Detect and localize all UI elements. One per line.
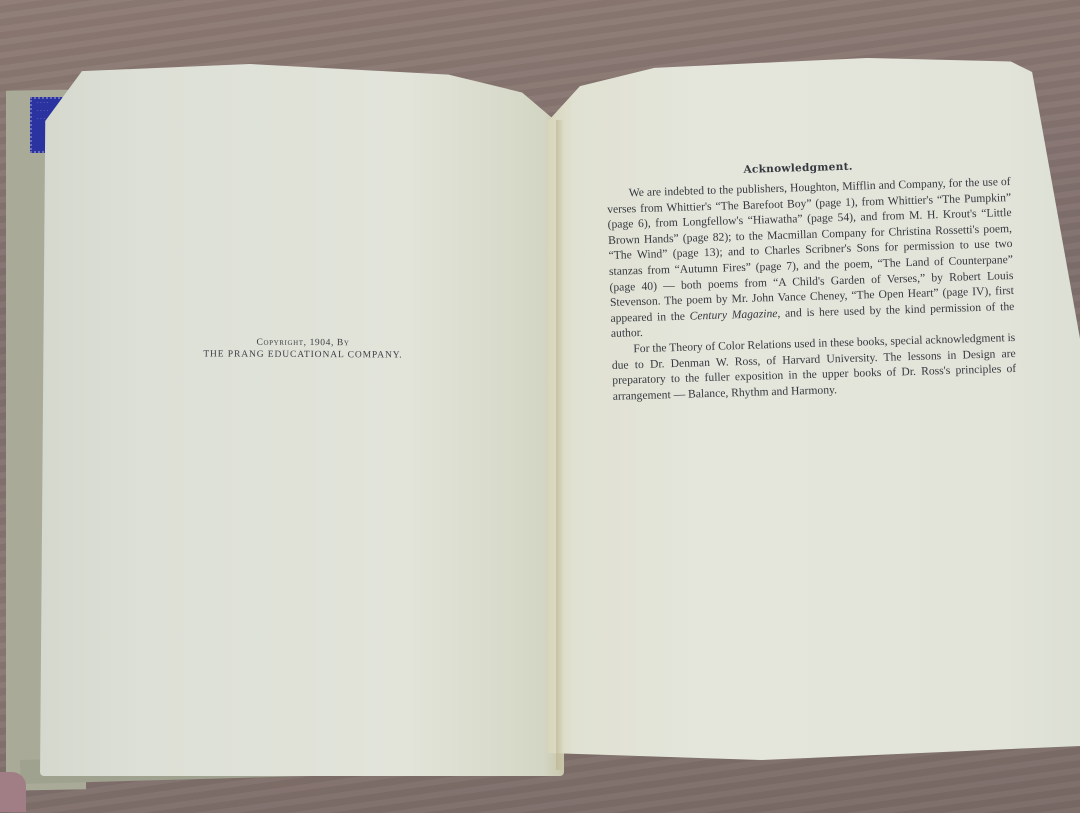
copyright-notice: Copyright, 1904, By THE PRANG EDUCATIONA… [178,337,428,360]
finger-edge [0,772,26,812]
publisher-line: THE PRANG EDUCATIONAL COMPANY. [178,349,428,360]
book-gutter [556,120,564,770]
acknowledgment-paragraph-1: We are indebted to the publishers, Hough… [607,174,1015,342]
magazine-title: Century Magazine [689,307,777,323]
acknowledgment-section: Acknowledgment. We are indebted to the p… [606,156,1017,404]
acknowledgment-paragraph-2: For the Theory of Color Relations used i… [611,330,1017,404]
left-page [40,64,564,776]
copyright-line: Copyright, 1904, By [178,337,428,348]
